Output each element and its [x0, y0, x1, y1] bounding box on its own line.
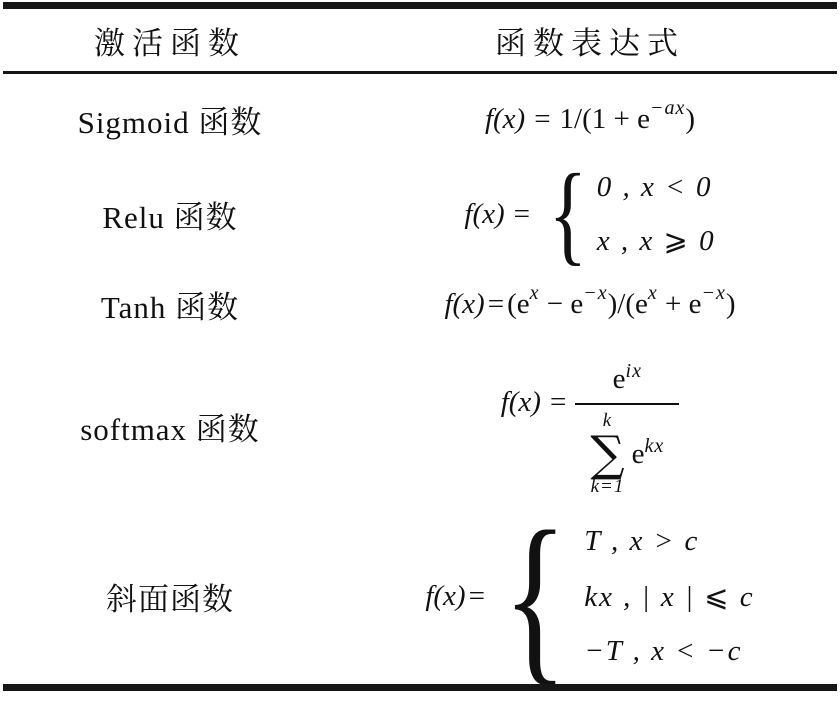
bottom-rule — [3, 684, 837, 691]
ramp-cases: T , x > ckx , | x | ⩽ c−T , x < −c — [584, 514, 754, 679]
relu-case-1: 0 , x < 0 — [597, 161, 716, 214]
ramp-lhs: f(x) — [425, 580, 465, 613]
softmax-num-base: e — [613, 363, 626, 395]
table-row-softmax: softmax 函数 f(x)=eixk∑k=1ekx — [0, 344, 840, 509]
table-body: Sigmoid 函数 f(x)=1/(1 + e−ax) Relu 函数 f(x… — [0, 74, 840, 684]
header-cell-expression: 函数表达式 — [340, 9, 840, 71]
relu-case-2: x , x ⩾ 0 — [597, 214, 716, 267]
header-expression-label: 函数表达式 — [495, 18, 685, 63]
tanh-formula-cell: f(x)=(ex − e−x)/(ex + e−x) — [340, 264, 840, 344]
tanh-exp-4: −x — [701, 282, 725, 305]
table-row-tanh: Tanh 函数 f(x)=(ex − e−x)/(ex + e−x) — [0, 264, 840, 344]
sigma-icon: ∑ — [590, 432, 624, 476]
relu-formula-cell: f(x)={0 , x < 0x , x ⩾ 0 — [340, 164, 840, 264]
header-cell-activation: 激活函数 — [0, 9, 340, 71]
relu-left-brace: { — [549, 158, 588, 270]
sigmoid-exponent: −ax — [650, 97, 685, 120]
relu-equals: = — [514, 198, 530, 231]
ramp-case-3: −T , x < −c — [584, 624, 754, 679]
tanh-name: Tanh 函数 — [101, 282, 239, 327]
tanh-term-1: (e — [507, 288, 530, 321]
ramp-case-2: kx , | x | ⩽ c — [584, 569, 754, 624]
softmax-den-exponent: kx — [644, 435, 664, 457]
softmax-den-term: ekx — [632, 438, 665, 471]
sum-lower-limit: k=1 — [591, 476, 625, 498]
relu-name-cell: Relu 函数 — [0, 164, 340, 264]
top-rule — [3, 2, 837, 9]
ramp-equals: = — [469, 580, 485, 613]
relu-lhs: f(x) — [464, 198, 504, 231]
tanh-formula: f(x)=(ex − e−x)/(ex + e−x) — [444, 288, 735, 321]
tanh-name-cell: Tanh 函数 — [0, 264, 340, 344]
softmax-num-exponent: ix — [626, 360, 642, 382]
table-row-sigmoid: Sigmoid 函数 f(x)=1/(1 + e−ax) — [0, 74, 840, 164]
ramp-name-cell: 斜面函数 — [0, 509, 340, 684]
softmax-fraction: eixk∑k=1ekx — [575, 363, 679, 498]
softmax-numerator: eix — [613, 363, 642, 403]
sigmoid-equals: = — [534, 103, 550, 136]
softmax-formula: f(x)=eixk∑k=1ekx — [501, 359, 680, 494]
relu-cases: 0 , x < 0x , x ⩾ 0 — [597, 161, 716, 267]
tanh-lhs: f(x) — [444, 288, 484, 321]
table-header: 激活函数 函数表达式 — [0, 9, 840, 71]
sigmoid-formula: f(x)=1/(1 + e−ax) — [485, 103, 695, 136]
table-row-relu: Relu 函数 f(x)={0 , x < 0x , x ⩾ 0 — [0, 164, 840, 264]
tanh-term-3: )/(e — [608, 288, 648, 321]
summation: k∑k=1 — [590, 410, 624, 498]
softmax-equals: = — [550, 386, 566, 419]
ramp-name: 斜面函数 — [106, 574, 234, 619]
softmax-lhs: f(x) — [501, 386, 541, 419]
softmax-den-base: e — [632, 438, 645, 470]
sigmoid-name-cell: Sigmoid 函数 — [0, 74, 340, 164]
relu-name: Relu 函数 — [102, 192, 237, 237]
sigmoid-lhs: f(x) — [485, 103, 525, 136]
tanh-equals: = — [488, 288, 504, 321]
table-row-ramp: 斜面函数 f(x)={T , x > ckx , | x | ⩽ c−T , x… — [0, 509, 840, 684]
header-activation-label: 激活函数 — [94, 18, 246, 63]
ramp-formula-cell: f(x)={T , x > ckx , | x | ⩽ c−T , x < −c — [340, 509, 840, 684]
sigmoid-formula-cell: f(x)=1/(1 + e−ax) — [340, 74, 840, 164]
activation-function-table: 激活函数 函数表达式 Sigmoid 函数 f(x)=1/(1 + e−ax) … — [0, 0, 840, 704]
softmax-name-cell: softmax 函数 — [0, 344, 340, 509]
tanh-exp-2: −x — [583, 282, 607, 305]
ramp-left-brace: { — [503, 503, 568, 691]
relu-formula: f(x)={0 , x < 0x , x ⩾ 0 — [464, 158, 715, 270]
softmax-denominator: k∑k=1ekx — [590, 405, 664, 498]
sigmoid-close-paren: ) — [685, 103, 695, 136]
tanh-term-2: − e — [540, 288, 584, 321]
tanh-term-4: + e — [658, 288, 702, 321]
sigmoid-name: Sigmoid 函数 — [78, 97, 263, 142]
sigmoid-body: 1/(1 + e — [560, 103, 650, 136]
tanh-close-paren: ) — [726, 288, 736, 321]
ramp-formula: f(x)={T , x > ckx , | x | ⩽ c−T , x < −c — [425, 503, 754, 691]
softmax-name: softmax 函数 — [80, 404, 260, 449]
softmax-formula-cell: f(x)=eixk∑k=1ekx — [340, 344, 840, 509]
ramp-case-1: T , x > c — [584, 514, 754, 569]
tanh-exp-3: x — [648, 282, 658, 305]
tanh-exp-1: x — [530, 282, 540, 305]
